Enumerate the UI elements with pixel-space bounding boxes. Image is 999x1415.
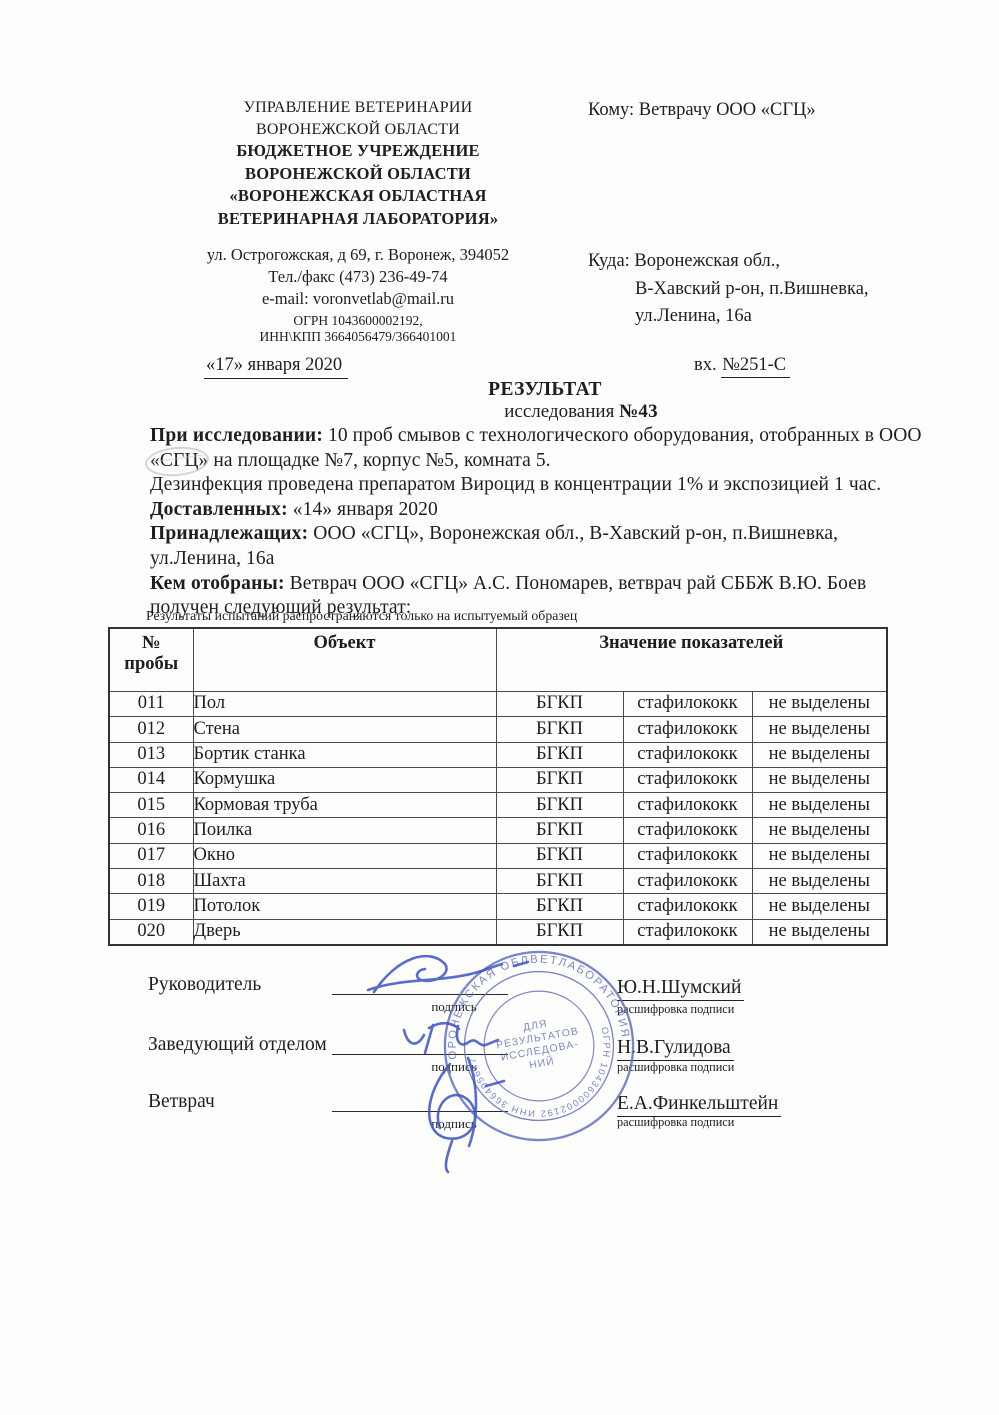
table-header-row: №пробы Объект Значение показателей	[109, 628, 887, 692]
body-line: Принадлежащих: ООО «СГЦ», Воронежская об…	[150, 522, 922, 547]
signature-stroke-director	[368, 964, 502, 990]
table-row: 014КормушкаБГКПстафилококкне выделены	[109, 767, 887, 792]
signer-role: Руководитель	[148, 974, 261, 996]
body-line: Кем отобраны: Ветврач ООО «СГЦ» А.С. Пон…	[150, 572, 922, 597]
document-page: УПРАВЛЕНИЕ ВЕТЕРИНАРИИ ВОРОНЕЖСКОЙ ОБЛАС…	[0, 0, 999, 1415]
org-line-bold: «ВОРОНЕЖСКАЯ ОБЛАСТНАЯ	[193, 185, 523, 208]
org-line: УПРАВЛЕНИЕ ВЕТЕРИНАРИИ	[193, 97, 523, 119]
signature-stroke-vet	[446, 1058, 476, 1172]
table-row: 015Кормовая трубаБГКПстафилококкне выдел…	[109, 793, 887, 818]
body-line: При исследовании: 10 проб смывов с техно…	[150, 424, 922, 449]
signature-stroke-director	[514, 962, 528, 966]
destination-line: Куда: Воронежская обл.,	[588, 248, 869, 276]
inn-line: ИНН\КПП 3664056479/366401001	[193, 329, 523, 345]
destination-line: В-Хавский р-он, п.Вишневка,	[588, 276, 869, 304]
body-line: «СГЦ» на площадке №7, корпус №5, комната…	[150, 449, 922, 474]
signature-stroke-vet	[429, 1064, 475, 1139]
col-header-object: Объект	[193, 628, 496, 692]
org-address: ул. Острогожская, д 69, г. Воронеж, 3940…	[193, 244, 523, 310]
organization-block: УПРАВЛЕНИЕ ВЕТЕРИНАРИИ ВОРОНЕЖСКОЙ ОБЛАС…	[193, 97, 523, 344]
addressee-line: Кому: Ветврачу ООО «СГЦ»	[588, 100, 816, 121]
body-line: ул.Ленина, 16а	[150, 547, 922, 572]
org-line: ВОРОНЕЖСКОЙ ОБЛАСТИ	[193, 119, 523, 141]
signature-stroke-head	[404, 1023, 459, 1053]
name-caption: расшифровка подписи	[617, 1002, 734, 1017]
destination-block: Куда: Воронежская обл., В-Хавский р-он, …	[588, 248, 869, 331]
address-line: ул. Острогожская, д 69, г. Воронеж, 3940…	[193, 244, 523, 266]
page-title: РЕЗУЛЬТАТ	[210, 379, 880, 401]
page-subtitle: исследования №43	[246, 401, 916, 423]
table-row: 013Бортик станкаБГКПстафилококкне выделе…	[109, 742, 887, 767]
table-row: 018ШахтаБГКПстафилококкне выделены	[109, 869, 887, 894]
table-row: 017ОкноБГКПстафилококкне выделены	[109, 843, 887, 868]
table-row: 011ПолБГКПстафилококкне выделены	[109, 692, 887, 717]
address-line: Тел./факс (473) 236-49-74	[193, 266, 523, 288]
org-line-bold: ВОРОНЕЖСКОЙ ОБЛАСТИ	[193, 163, 523, 186]
col-header-values: Значение показателей	[496, 628, 887, 692]
col-header-sample-no: №пробы	[109, 628, 193, 692]
results-table: №пробы Объект Значение показателей 011По…	[108, 627, 888, 946]
signature-stroke-vet	[486, 1081, 504, 1086]
body-text: При исследовании: 10 проб смывов с техно…	[150, 424, 922, 621]
body-line: Доставленных: «14» января 2020	[150, 498, 922, 523]
signer-name: Ю.Н.Шумский	[617, 977, 744, 1001]
table-row: 016ПоилкаБГКПстафилококкне выделены	[109, 818, 887, 843]
handwritten-signatures	[328, 936, 560, 1176]
destination-line: ул.Ленина, 16а	[588, 303, 869, 331]
table-row: 012СтенаБГКПстафилококкне выделены	[109, 717, 887, 742]
org-line-bold: ВЕТЕРИНАРНАЯ ЛАБОРАТОРИЯ»	[193, 208, 523, 231]
table-row: 019ПотолокБГКПстафилококкне выделены	[109, 894, 887, 919]
address-line: e-mail: voronvetlab@mail.ru	[193, 288, 523, 310]
signer-role: Заведующий отделом	[148, 1034, 327, 1056]
signer-role: Ветврач	[148, 1091, 215, 1113]
incoming-number: вх. №251-С	[694, 355, 790, 376]
signature-stroke-head	[457, 1026, 498, 1045]
body-line: Дезинфекция проведена препаратом Вироцид…	[150, 473, 922, 498]
org-registration: ОГРН 1043600002192, ИНН\КПП 3664056479/3…	[193, 313, 523, 344]
org-line-bold: БЮДЖЕТНОЕ УЧРЕЖДЕНИЕ	[193, 140, 523, 163]
ogrn-line: ОГРН 1043600002192,	[193, 313, 523, 329]
disclaimer-note: Результаты испытаний распространяются то…	[146, 608, 577, 624]
document-date: «17» января 2020	[204, 355, 348, 379]
